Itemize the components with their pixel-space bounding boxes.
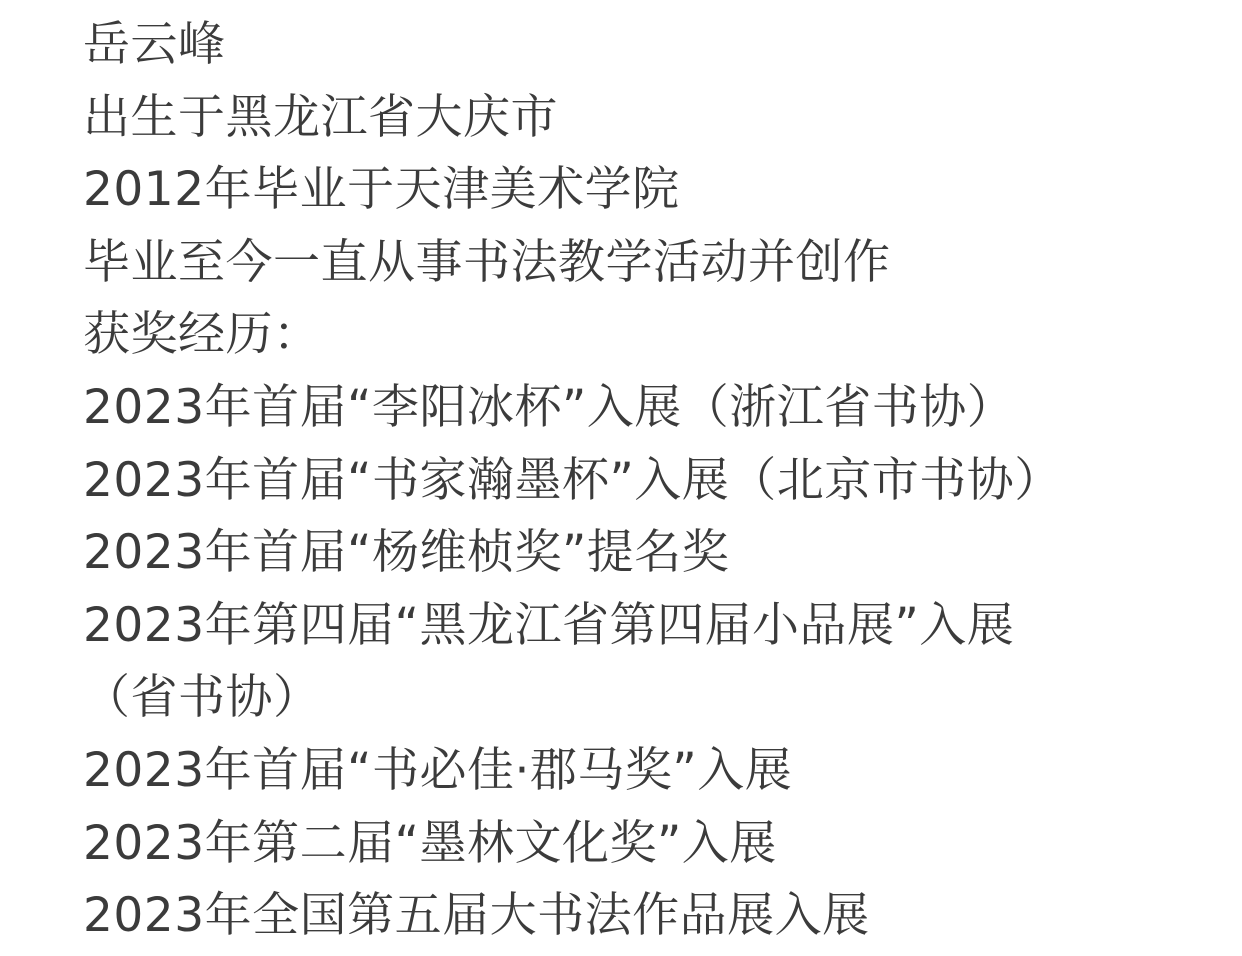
award-item: 2023年首届“李阳冰杯”入展（浙江省书协） — [83, 372, 1213, 445]
award-item: 2023年首届“书家瀚墨杯”入展（北京市书协） — [83, 445, 1213, 518]
biography-document: 岳云峰 出生于黑龙江省大庆市 2012年毕业于天津美术学院 毕业至今一直从事书法… — [83, 9, 1213, 953]
award-item: 2023年第四届“黑龙江省第四届小品展”入展 — [83, 590, 1213, 663]
bio-birthplace: 出生于黑龙江省大庆市 — [83, 82, 1213, 155]
bio-education: 2012年毕业于天津美术学院 — [83, 154, 1213, 227]
award-item: 2023年第二届“墨林文化奖”入展 — [83, 808, 1213, 881]
award-item: 2023年首届“杨维桢奖”提名奖 — [83, 517, 1213, 590]
awards-heading: 获奖经历： — [83, 299, 1213, 372]
bio-career: 毕业至今一直从事书法教学活动并创作 — [83, 227, 1213, 300]
award-item-continuation: （省书协） — [83, 662, 1213, 735]
award-item: 2023年全国第五届大书法作品展入展 — [83, 880, 1213, 953]
award-item: 2023年首届“书必佳·郡马奖”入展 — [83, 735, 1213, 808]
artist-name: 岳云峰 — [83, 9, 1213, 82]
